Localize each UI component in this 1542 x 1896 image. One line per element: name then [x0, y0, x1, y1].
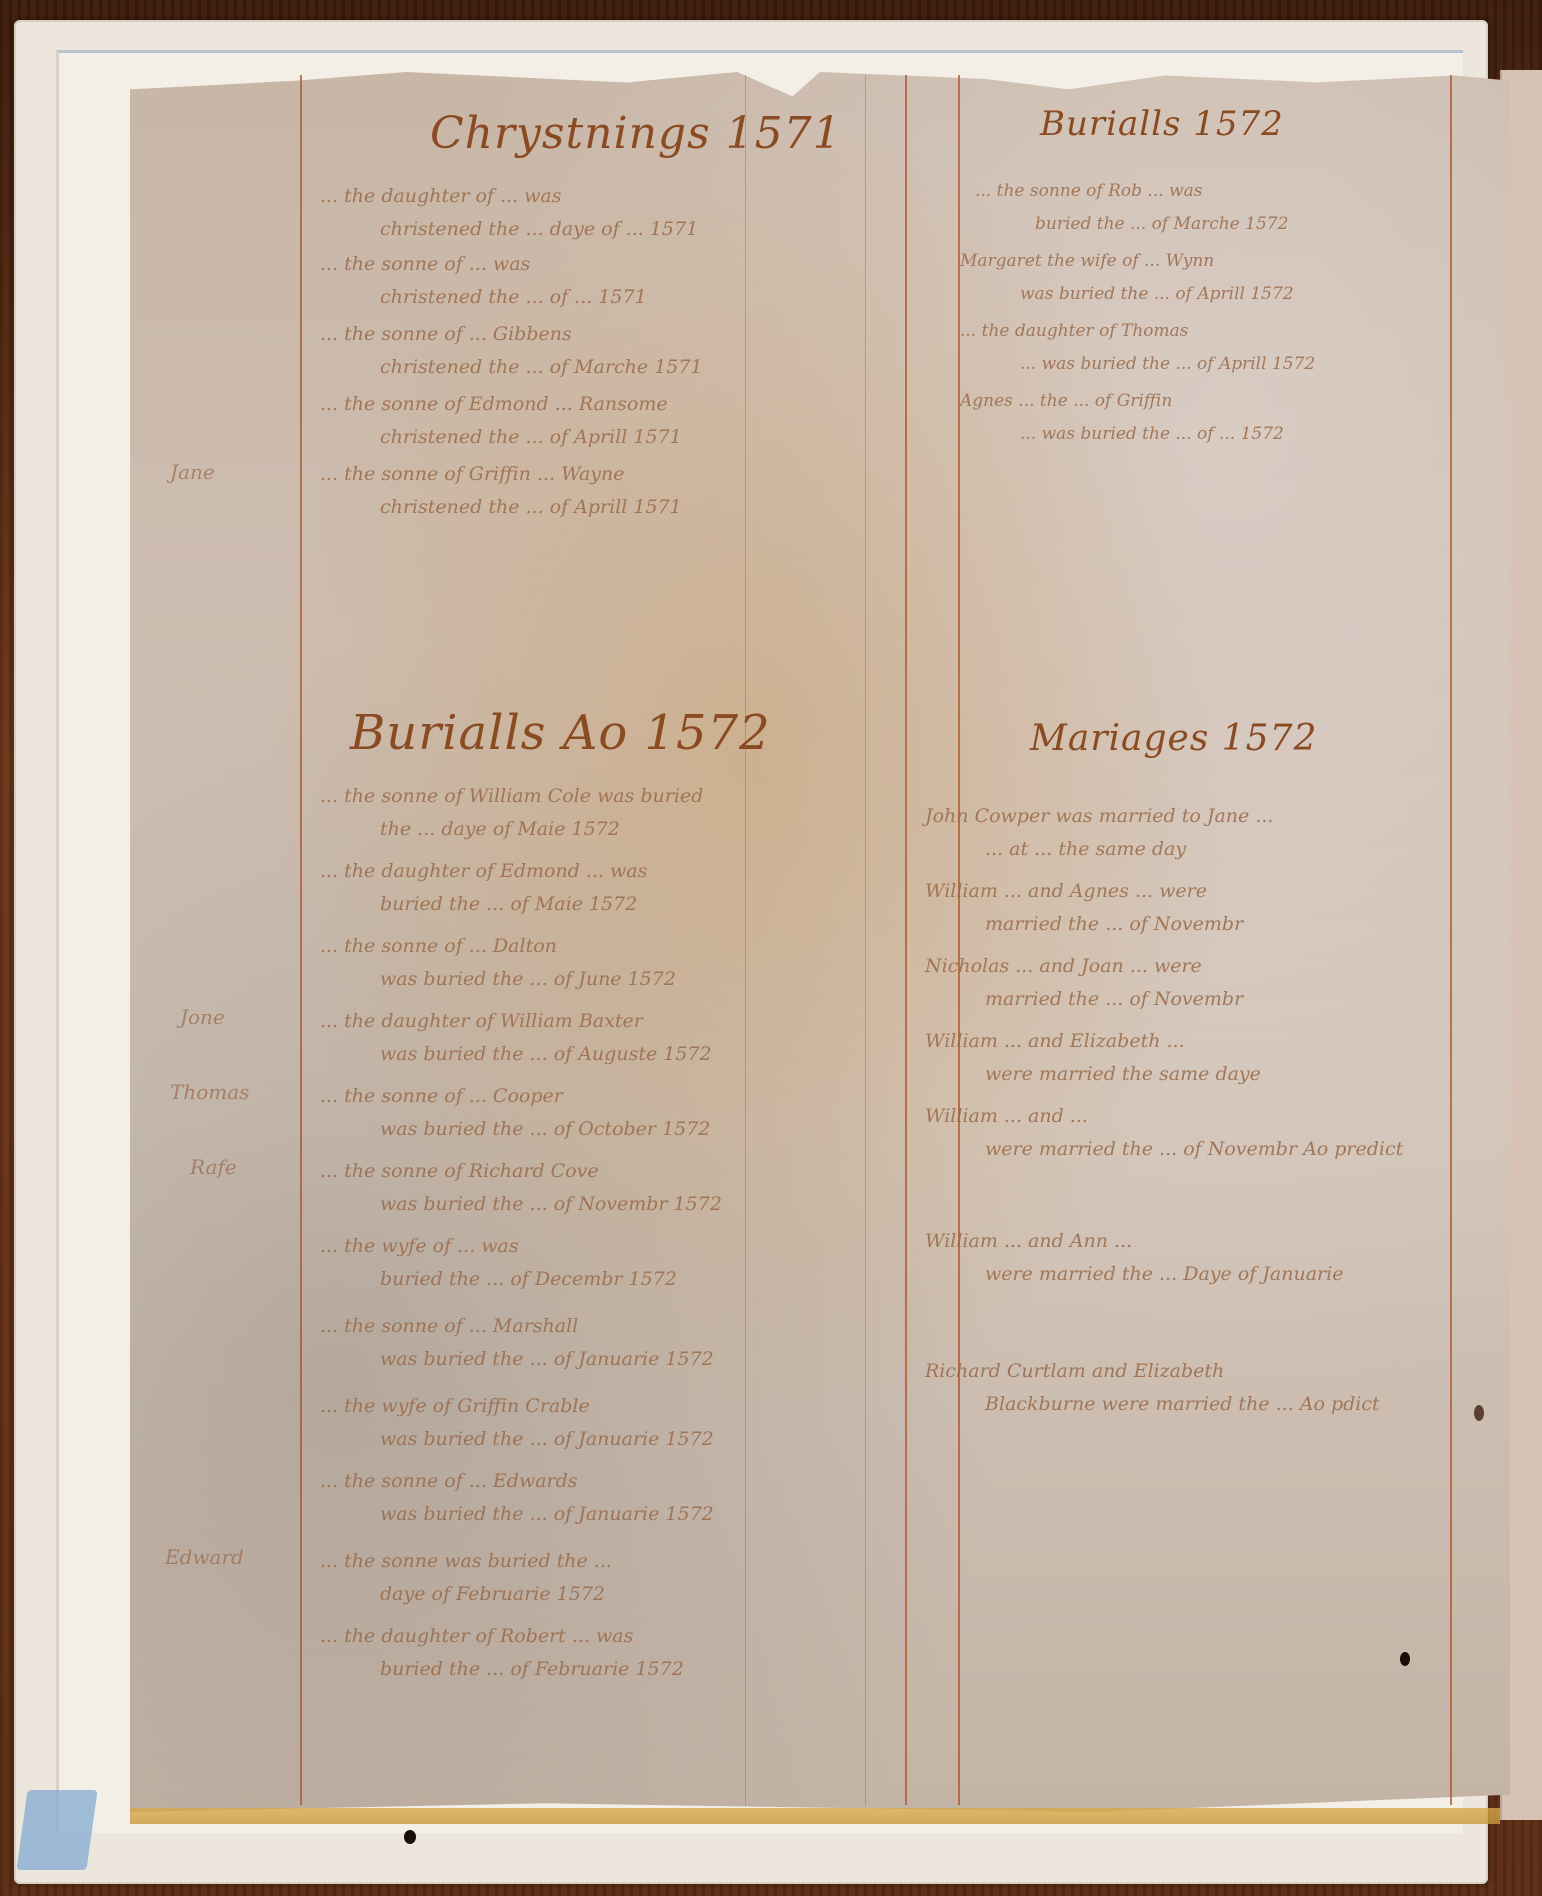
list-item: Margaret the wife of ... Wynn was buried… [960, 245, 1294, 311]
margin-name: Jone [180, 1005, 225, 1029]
list-item: ... the sonne of Richard Cove was buried… [320, 1155, 722, 1221]
list-item: John Cowper was married to Jane ... ... … [925, 800, 1273, 866]
margin-name: Rafe [190, 1155, 237, 1179]
list-item: William ... and Elizabeth ... were marri… [925, 1025, 1261, 1091]
page-hole [1474, 1405, 1484, 1421]
blue-repair-tab [16, 1790, 97, 1870]
fold-crease [865, 75, 866, 1805]
list-item: ... the sonne of ... was christened the … [320, 248, 647, 314]
list-item: ... the sonne of Rob ... was buried the … [975, 175, 1288, 241]
list-item: ... the sonne of ... Marshall was buried… [320, 1310, 714, 1376]
page-hole [404, 1830, 416, 1844]
fold-crease [745, 75, 746, 1805]
list-item: William ... and Agnes ... were married t… [925, 875, 1243, 941]
list-item: ... the daughter of ... was christened t… [320, 180, 698, 246]
list-item: Nicholas ... and Joan ... were married t… [925, 950, 1243, 1016]
ruling-line [905, 75, 907, 1805]
list-item: ... the wyfe of ... was buried the ... o… [320, 1230, 677, 1296]
list-item: ... the sonne of ... Edwards was buried … [320, 1465, 714, 1531]
list-item: ... the sonne of ... Dalton was buried t… [320, 930, 676, 996]
list-item: William ... and ... were married the ...… [925, 1100, 1403, 1166]
list-item: Agnes ... the ... of Griffin ... was bur… [960, 385, 1284, 451]
list-item: ... the sonne of William Cole was buried… [320, 780, 703, 846]
ruling-line [300, 75, 302, 1805]
list-item: ... the sonne of Edmond ... Ransome chri… [320, 388, 682, 454]
list-item: ... the sonne of ... Cooper was buried t… [320, 1080, 710, 1146]
ruling-line [1450, 75, 1452, 1805]
list-item: ... the daughter of Edmond ... was burie… [320, 855, 647, 921]
list-item: ... the daughter of William Baxter was b… [320, 1005, 712, 1071]
list-item: William ... and Ann ... were married the… [925, 1225, 1343, 1291]
margin-name: Jane [170, 460, 215, 484]
heading-burials-1572: Burialls Ao 1572 [350, 705, 771, 761]
heading-burials-1572-top: Burialls 1572 [1040, 104, 1284, 144]
list-item: ... the daughter of Thomas ... was burie… [960, 315, 1315, 381]
list-item: ... the daughter of Robert ... was burie… [320, 1620, 684, 1686]
list-item: ... the sonne of Griffin ... Wayne chris… [320, 458, 682, 524]
list-item: ... the sonne of ... Gibbens christened … [320, 318, 703, 384]
margin-name: Edward [165, 1545, 244, 1569]
list-item: ... the wyfe of Griffin Crable was burie… [320, 1390, 714, 1456]
list-item: Richard Curtlam and Elizabeth Blackburne… [925, 1355, 1380, 1421]
heading-marriages-1572: Mariages 1572 [1030, 718, 1317, 759]
heading-christenings-1571: Chrystnings 1571 [430, 108, 842, 159]
glue-stain-band [130, 1808, 1500, 1824]
list-item: ... the sonne was buried the ... daye of… [320, 1545, 612, 1611]
margin-name: Thomas [170, 1080, 249, 1104]
page-hole [1400, 1652, 1410, 1666]
